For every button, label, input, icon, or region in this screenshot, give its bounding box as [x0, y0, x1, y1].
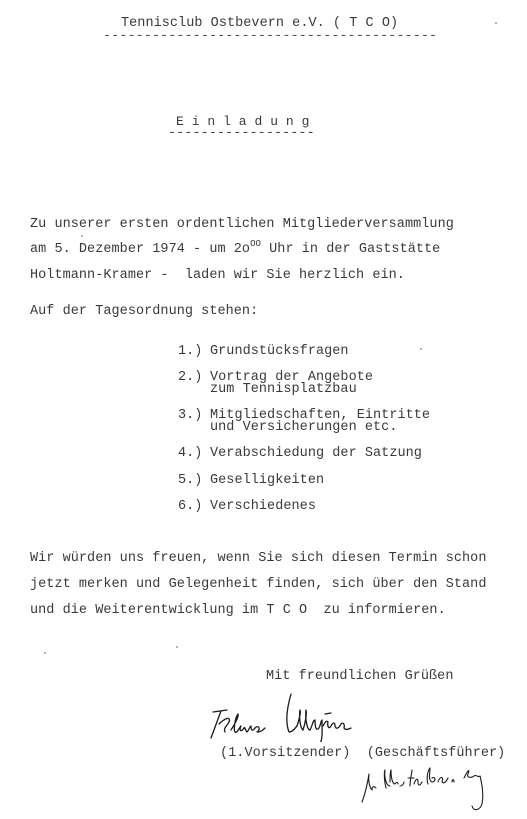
- closing-line-3: und die Weiterentwicklung im T C O zu in…: [30, 604, 446, 618]
- closing-line-1: Wir würden uns freuen, wenn Sie sich die…: [30, 552, 486, 566]
- agenda-item-text: Verabschiedung der Satzung: [210, 447, 422, 461]
- scan-speck: [44, 652, 46, 654]
- signature-chairman: [205, 690, 375, 742]
- letterhead-rule: ----------------------------------------…: [103, 30, 437, 44]
- signature-managing-director: [360, 764, 500, 814]
- scan-speck: [81, 235, 83, 237]
- agenda-item-number: 4.): [178, 447, 202, 461]
- title-rule: ------------------: [168, 127, 315, 141]
- agenda-item-text-cont: zum Tennisplatzbau: [210, 383, 357, 397]
- scan-speck: [495, 22, 497, 24]
- agenda-item-number: 3.): [178, 409, 202, 423]
- intro-line-2-rest: Uhr in der Gaststätte: [261, 242, 440, 257]
- agenda-heading: Auf der Tagesordnung stehen:: [30, 305, 258, 319]
- agenda-item-text-cont: und Versicherungen etc.: [210, 421, 397, 435]
- agenda-item-text: Grundstücksfragen: [210, 345, 349, 359]
- closing-line-2: jetzt merken und Gelegenheit finden, sic…: [30, 578, 486, 592]
- agenda-item-text: Geselligkeiten: [210, 474, 324, 488]
- agenda-item-number: 2.): [178, 371, 202, 385]
- intro-line-3: Holtmann-Kramer - laden wir Sie herzlich…: [30, 269, 405, 283]
- scan-speck: [420, 348, 422, 350]
- agenda-item-text: Verschiedenes: [210, 500, 316, 514]
- agenda-item-number: 6.): [178, 500, 202, 514]
- intro-line-2: am 5. Dezember 1974 - um 2oOO Uhr in der…: [30, 243, 440, 257]
- agenda-item-number: 1.): [178, 345, 202, 359]
- intro-line-1: Zu unserer ersten ordentlichen Mitgliede…: [30, 218, 454, 232]
- agenda-item-number: 5.): [178, 474, 202, 488]
- signatory-roles: (1.Vorsitzender) (Geschäftsführer): [220, 747, 505, 761]
- greeting: Mit freundlichen Grüßen: [266, 670, 453, 684]
- scan-speck: [176, 646, 178, 648]
- intro-line-2-start: am 5. Dezember 1974 - um 2o: [30, 242, 250, 257]
- time-superscript: OO: [250, 239, 261, 249]
